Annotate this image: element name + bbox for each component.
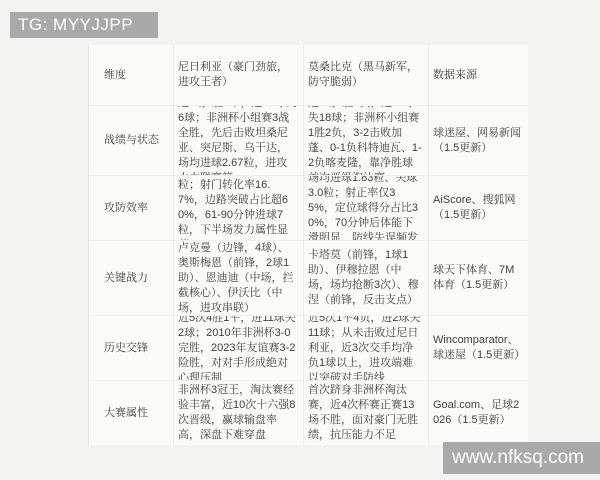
table-header-mozambique: 莫桑比克（黑马新军，防守脆弱） [303,45,428,105]
row-history-nigeria-cell: 近5次4胜1平，进11球失2球；2010年非洲杯3-0完胜，2023年友谊赛3-… [173,315,303,380]
page: TG: MYYJJPP 维度 尼日利亚（豪门劲旅，进攻王者） 莫桑比克（黑马新军… [0,0,600,480]
table-header-nigeria: 尼日利亚（豪门劲旅，进攻王者） [173,45,303,105]
row-keyplayers-mozambique-cell: 卡塔莫（前锋，1球1助）、伊穆拉恩（中场，场均抢断3次）、穆涅（前锋，反击支点） [303,240,428,315]
row-label: 关键战力 [104,271,148,286]
header-source-label: 数据来源 [433,68,477,83]
cell-text: 球天下体育、7M体育（1.5更新） [433,263,523,293]
row-keyplayers-source-cell: 球天下体育、7M体育（1.5更新） [428,240,529,315]
header-mozambique-label: 莫桑比克（黑马新军，防守脆弱） [308,60,422,90]
row-form-source-cell: 球迷屋、网易新闻（1.5更新） [428,105,529,175]
cell-text: 非洲杯3冠王，淘汰赛经验丰富，近10次十六强8次晋级，赢球输盘率高，深盘下难穿盘 [178,383,297,443]
cell-text: Goal.com、足球2026（1.5更新） [433,398,523,428]
match-comparison-table: 维度 尼日利亚（豪门劲旅，进攻王者） 莫桑比克（黑马新军，防守脆弱） 数据来源 … [88,45,528,445]
row-efficiency-dimension-cell: 攻防效率 [89,175,173,240]
row-keyplayers-nigeria-cell: 卢克曼（边锋，4球）、奥斯梅恩（前锋，2球1助）、恩迪迪（中场，拦截核心）、伊沃… [173,240,303,315]
row-efficiency-nigeria-cell: 场均进球2.5粒、失球1.0粒；射门转化率16.7%，边路突破占比超60%，61… [173,175,303,240]
cell-text: 场均进球2.5粒、失球1.0粒；射门转化率16.7%，边路突破占比超60%，61… [178,175,297,240]
row-label: 大赛属性 [104,406,148,421]
row-tournament-nigeria-cell: 非洲杯3冠王，淘汰赛经验丰富，近10次十六强8次晋级，赢球输盘率高，深盘下难穿盘 [173,380,303,445]
row-tournament-source-cell: Goal.com、足球2026（1.5更新） [428,380,529,445]
website-watermark-banner: www.nfksq.com [443,442,600,474]
cell-text: 近5次1平4负，进2球失11球；从未击败过尼日利亚，近3次交手均净负1球以上，进… [308,315,422,380]
row-tournament-dimension-cell: 大赛属性 [89,380,173,445]
cell-text: 场均进球1.83粒、失球3.0粒；射正率仅35%，定位球得分占比30%，70分钟… [308,175,422,240]
row-efficiency-source-cell: AiScore、搜狐网（1.5更新） [428,175,529,240]
website-watermark-text: www.nfksq.com [452,447,584,469]
row-label: 战绩与状态 [104,133,159,148]
row-efficiency-mozambique-cell: 场均进球1.83粒、失球3.0粒；射正率仅35%，定位球得分占比30%，70分钟… [303,175,428,240]
cell-text: 近6场3胜3负，进11球失18球；非洲杯小组赛1胜2负，3-2击败加蓬、0-1负… [308,105,422,175]
row-form-dimension-cell: 战绩与状态 [89,105,173,175]
cell-text: 首次跻身非洲杯淘汰赛，近4次杯赛正赛13场不胜，面对豪门无胜绩，抗压能力不足 [308,383,422,443]
row-history-dimension-cell: 历史交锋 [89,315,173,380]
cell-text: 卡塔莫（前锋，1球1助）、伊穆拉恩（中场，场均抢断3次）、穆涅（前锋，反击支点） [308,248,422,308]
row-history-source-cell: Wincomparator、球迷屋（1.5更新） [428,315,529,380]
table-header-source: 数据来源 [428,45,529,105]
cell-text: 近5次4胜1平，进11球失2球；2010年非洲杯3-0完胜，2023年友谊赛3-… [178,315,297,380]
telegram-watermark-text: TG: MYYJJPP [18,15,133,35]
row-history-mozambique-cell: 近5次1平4负，进2球失11球；从未击败过尼日利亚，近3次交手均净负1球以上，进… [303,315,428,380]
row-label: 历史交锋 [104,341,148,356]
header-nigeria-label: 尼日利亚（豪门劲旅，进攻王者） [178,60,297,90]
cell-text: 卢克曼（边锋，4球）、奥斯梅恩（前锋，2球1助）、恩迪迪（中场，拦截核心）、伊沃… [178,241,297,316]
header-dimension-label: 维度 [104,68,126,83]
row-keyplayers-dimension-cell: 关键战力 [89,240,173,315]
row-form-mozambique-cell: 近6场3胜3负，进11球失18球；非洲杯小组赛1胜2负，3-2击败加蓬、0-1负… [303,105,428,175]
cell-text: AiScore、搜狐网（1.5更新） [433,193,523,223]
cell-text: Wincomparator、球迷屋（1.5更新） [433,333,523,363]
row-label: 攻防效率 [104,201,148,216]
row-tournament-mozambique-cell: 首次跻身非洲杯淘汰赛，近4次杯赛正赛13场不胜，面对豪门无胜绩，抗压能力不足 [303,380,428,445]
table-header-dimension: 维度 [89,45,173,105]
telegram-watermark-banner: TG: MYYJJPP [10,12,158,38]
cell-text: 近6场5胜1平，进15球失6球；非洲杯小组赛3战全胜，先后击败坦桑尼亚、突尼斯、… [178,105,297,175]
row-form-nigeria-cell: 近6场5胜1平，进15球失6球；非洲杯小组赛3战全胜，先后击败坦桑尼亚、突尼斯、… [173,105,303,175]
cell-text: 球迷屋、网易新闻（1.5更新） [433,126,523,156]
